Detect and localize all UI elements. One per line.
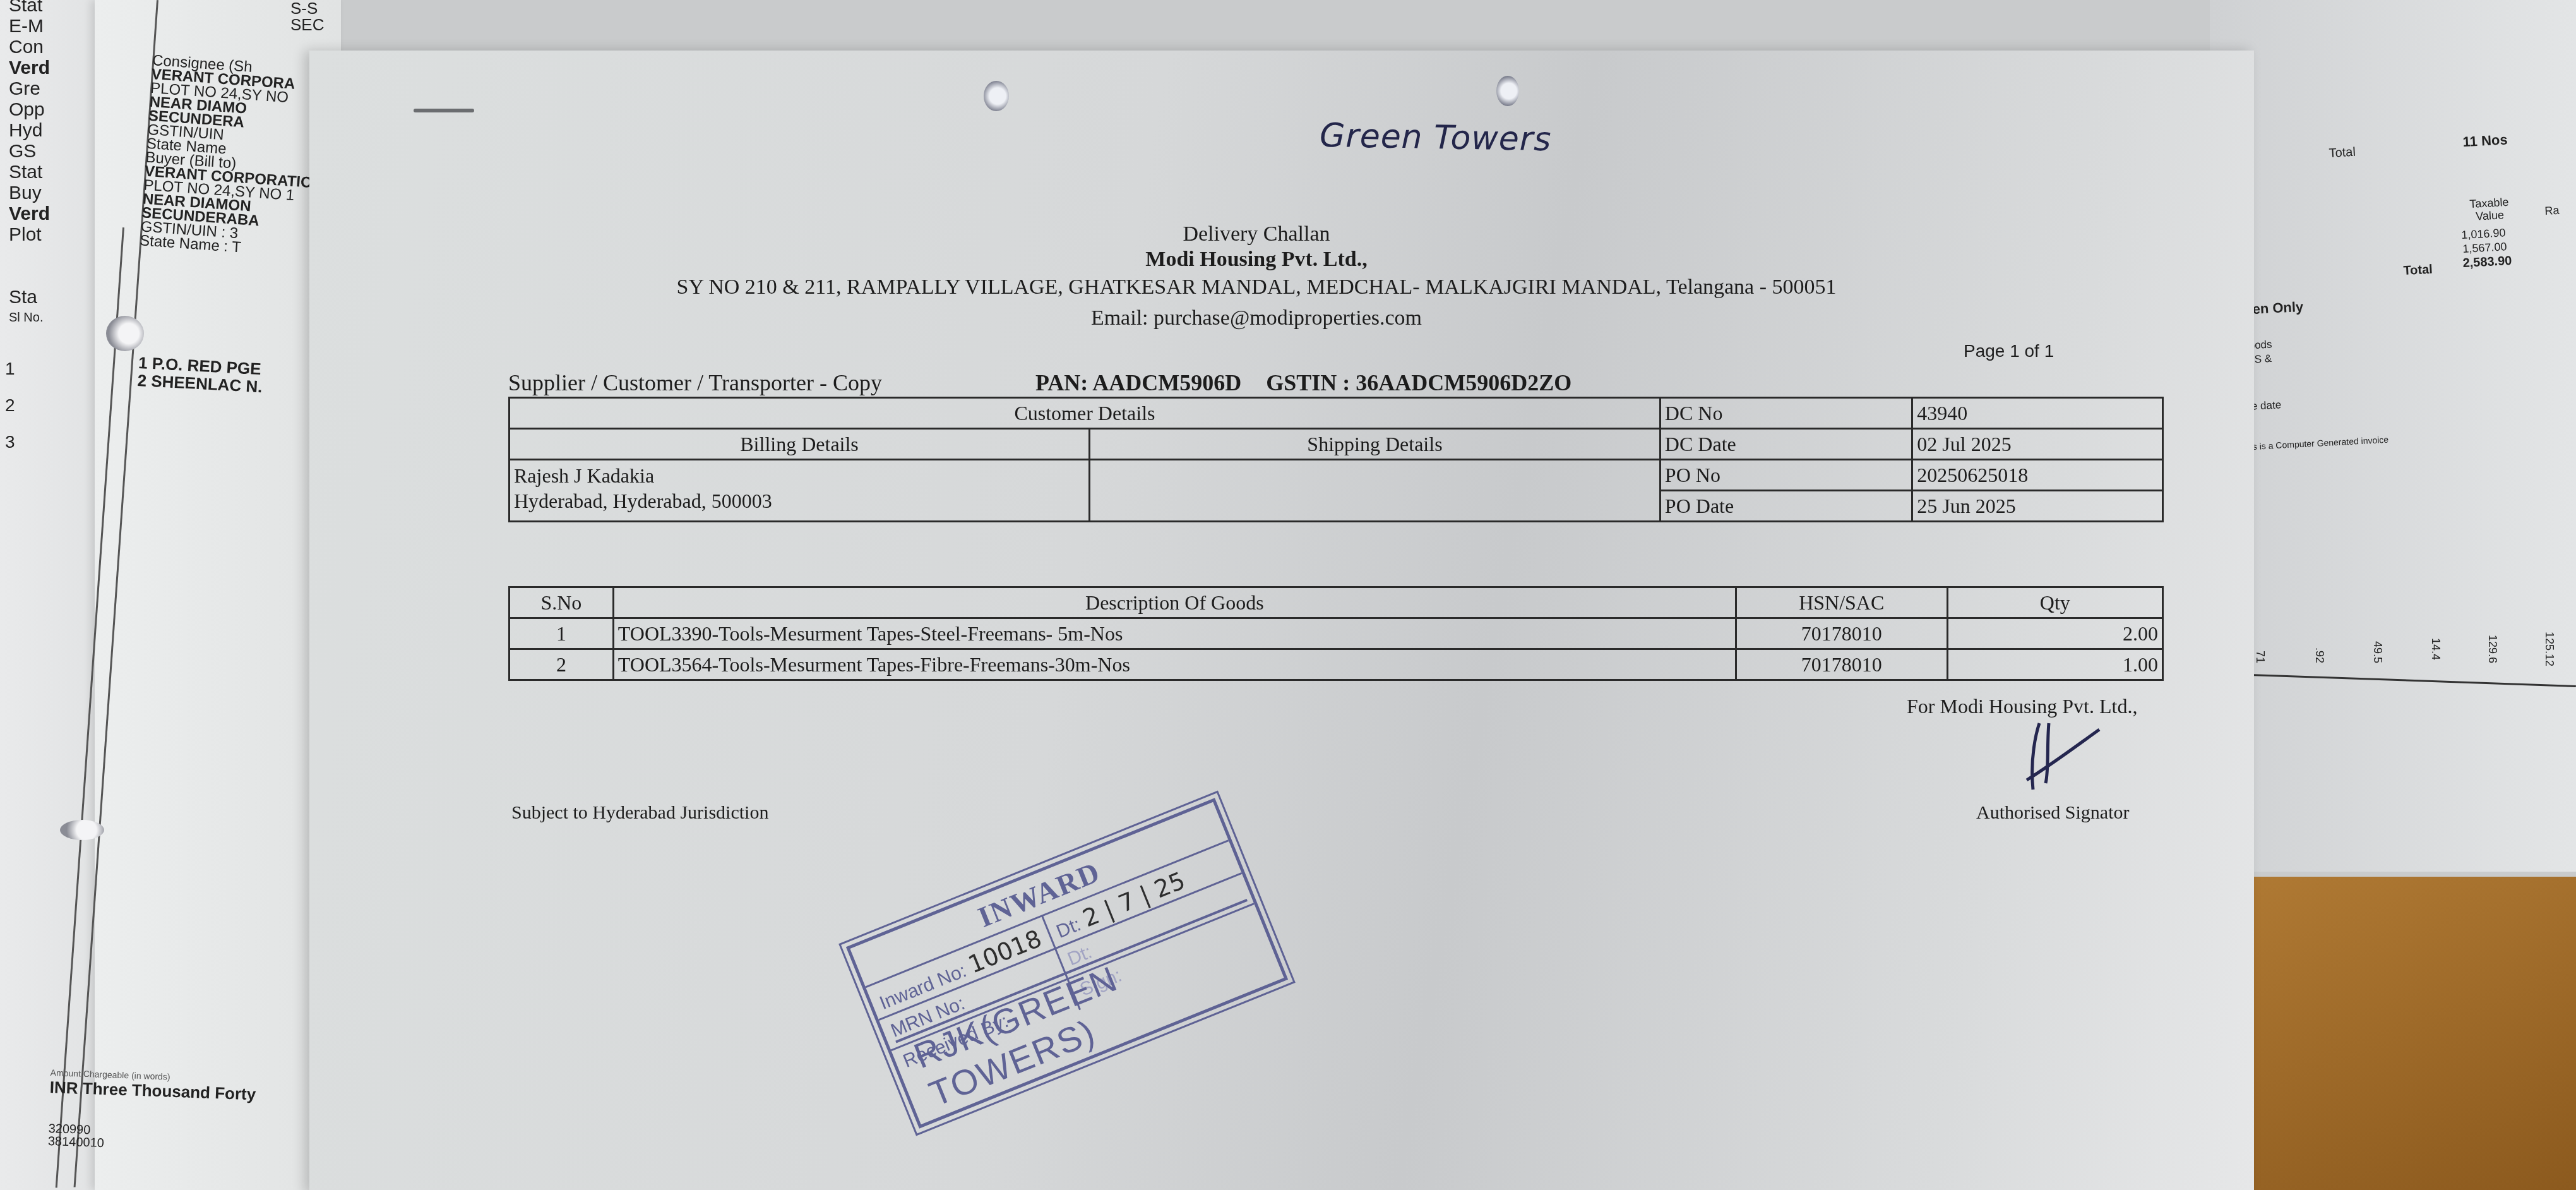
po-number: 20250625018	[1912, 460, 2163, 491]
background-paper-left-invoice: S-S SEC Consignee (Sh VERANT CORPORA PLO…	[95, 0, 341, 1190]
meta-label: DC No	[1660, 398, 1912, 429]
row-number: 1	[5, 351, 15, 387]
customer-details-table: Customer Details DC No 43940 Billing Det…	[508, 397, 2164, 522]
taxable-value: 1,567.00	[2462, 240, 2507, 256]
delivery-challan-document: Green Towers Delivery Challan Modi Housi…	[309, 51, 2254, 1190]
taxable-total: 2,583.90	[2462, 254, 2512, 271]
dc-date: 02 Jul 2025	[1912, 429, 2163, 460]
punch-hole	[60, 820, 104, 840]
left-line: Hyd	[9, 120, 50, 141]
rotated-value: 71	[2253, 651, 2267, 663]
for-company: For Modi Housing Pvt. Ltd.,	[1907, 695, 2137, 718]
meta-label: PO Date	[1660, 491, 1912, 522]
billing-name: Rajesh J Kadakia	[514, 463, 1085, 488]
copy-label: Supplier / Customer / Transporter - Copy	[508, 370, 882, 396]
row-number: 3	[5, 424, 15, 460]
goods-table: S.No Description Of Goods HSN/SAC Qty 1 …	[508, 586, 2164, 681]
item-hsn: 70178010	[1736, 618, 1947, 649]
table-row: 1 TOOL3390-Tools-Mesurment Tapes-Steel-F…	[510, 618, 2163, 649]
po-date: 25 Jun 2025	[1912, 491, 2163, 522]
shipping-details	[1090, 460, 1661, 522]
item-description: TOOL3390-Tools-Mesurment Tapes-Steel-Fre…	[613, 618, 1736, 649]
rotated-value: 49.5	[2371, 641, 2384, 663]
shipping-heading: Shipping Details	[1090, 429, 1661, 460]
rate-header: Ra	[2544, 204, 2560, 218]
taxable-value: 1,016.90	[2461, 226, 2506, 242]
total-label: Total	[2329, 145, 2356, 161]
wooden-table-surface	[2219, 877, 2576, 1190]
signature-scribble	[2014, 720, 2102, 796]
left-line: GS	[9, 141, 50, 162]
page-number: Page 1 of 1	[1964, 341, 2054, 361]
col-header-hsn: HSN/SAC	[1736, 587, 1947, 618]
punch-hole	[106, 316, 144, 351]
rotated-value: 14.4	[2429, 638, 2442, 660]
punch-hole	[984, 81, 1009, 111]
amount-in-words: Amount Chargeable (in words) INR Three T…	[48, 1067, 257, 1155]
billing-heading: Billing Details	[510, 429, 1090, 460]
item-description: TOOL3564-Tools-Mesurment Tapes-Fibre-Fre…	[613, 649, 1736, 680]
col-header-qty: Qty	[1947, 587, 2162, 618]
left-items: 1 P.O. RED PGE 2 SHEENLAC N.	[137, 354, 264, 395]
meta-label: DC Date	[1660, 429, 1912, 460]
table-row: 2 TOOL3564-Tools-Mesurment Tapes-Fibre-F…	[510, 649, 2163, 680]
punch-hole	[1496, 76, 1519, 106]
pan-number: PAN: AADCM5906D	[1035, 370, 1241, 395]
left-row-numbers: 1 2 3	[5, 351, 15, 460]
left-line: Sta	[9, 287, 50, 308]
computer-generated-note: This is a Computer Generated invoice	[2240, 435, 2389, 452]
item-sno: 1	[510, 618, 614, 649]
col-header-description: Description Of Goods	[613, 587, 1736, 618]
company-name: Modi Housing Pvt. Ltd.,	[284, 248, 2229, 272]
left-line: Stat	[9, 162, 50, 183]
left-line: Opp	[9, 99, 50, 120]
left-line: Verd	[9, 203, 50, 224]
left-line: E-M	[9, 16, 50, 37]
company-email: Email: purchase@modiproperties.com	[284, 306, 2229, 330]
company-address: SY NO 210 & 211, RAMPALLY VILLAGE, GHATK…	[284, 275, 2229, 299]
left-line: Buy	[9, 183, 50, 203]
rotated-table-line	[2216, 673, 2576, 687]
left-line: Stat	[9, 0, 50, 16]
item-qty: 2.00	[1947, 618, 2162, 649]
jurisdiction-note: Subject to Hyderabad Jurisdiction	[511, 802, 768, 824]
gstin-number: GSTIN : 36AADCM5906D2ZO	[1266, 370, 1571, 395]
inward-stamp: INWARD Inward No: 10018 Dt: 2 | 7 | 25 M…	[846, 798, 1288, 1128]
dc-number: 43940	[1912, 398, 2163, 429]
total-qty: 11 Nos	[2462, 131, 2508, 150]
meta-label: PO No	[1660, 460, 1912, 491]
item-qty: 1.00	[1947, 649, 2162, 680]
sl-no-header: Sl No.	[9, 308, 50, 328]
customer-details-heading: Customer Details	[510, 398, 1661, 429]
item-sno: 2	[510, 649, 614, 680]
billing-details: Rajesh J Kadakia Hyderabad, Hyderabad, 5…	[510, 460, 1090, 522]
table-header-row: S.No Description Of Goods HSN/SAC Qty	[510, 587, 2163, 618]
rotated-value: 129.6	[2486, 635, 2499, 663]
taxable-header: Taxable Value	[2457, 195, 2522, 224]
left-line: Gre	[9, 78, 50, 99]
authorised-signatory: Authorised Signator	[1976, 802, 2129, 824]
background-paper-right-invoice: Total 11 Nos Taxable Value Ra 1,016.90 1…	[2210, 0, 2576, 872]
staple-mark	[414, 109, 474, 112]
rotated-value: .92	[2313, 647, 2326, 663]
left-line: Plot	[9, 224, 50, 245]
handwritten-note: Green Towers	[1320, 117, 1552, 159]
rotated-value: 125.12	[2543, 632, 2556, 666]
left-paper-text: Stat E-M Con Verd Gre Opp Hyd GS Stat Bu…	[9, 0, 50, 328]
item-hsn: 70178010	[1736, 649, 1947, 680]
row-number: 2	[5, 387, 15, 424]
document-title: Delivery Challan	[284, 222, 2229, 246]
billing-address: Hyderabad, Hyderabad, 500003	[514, 488, 1085, 514]
col-header-sno: S.No	[510, 587, 614, 618]
taxable-total-label: Total	[2403, 263, 2433, 279]
left-line: Verd	[9, 57, 50, 78]
left-line: Con	[9, 37, 50, 57]
tax-ids: PAN: AADCM5906D GSTIN : 36AADCM5906D2ZO	[1035, 370, 1571, 396]
left-invoice-header: S-S SEC	[290, 0, 335, 33]
